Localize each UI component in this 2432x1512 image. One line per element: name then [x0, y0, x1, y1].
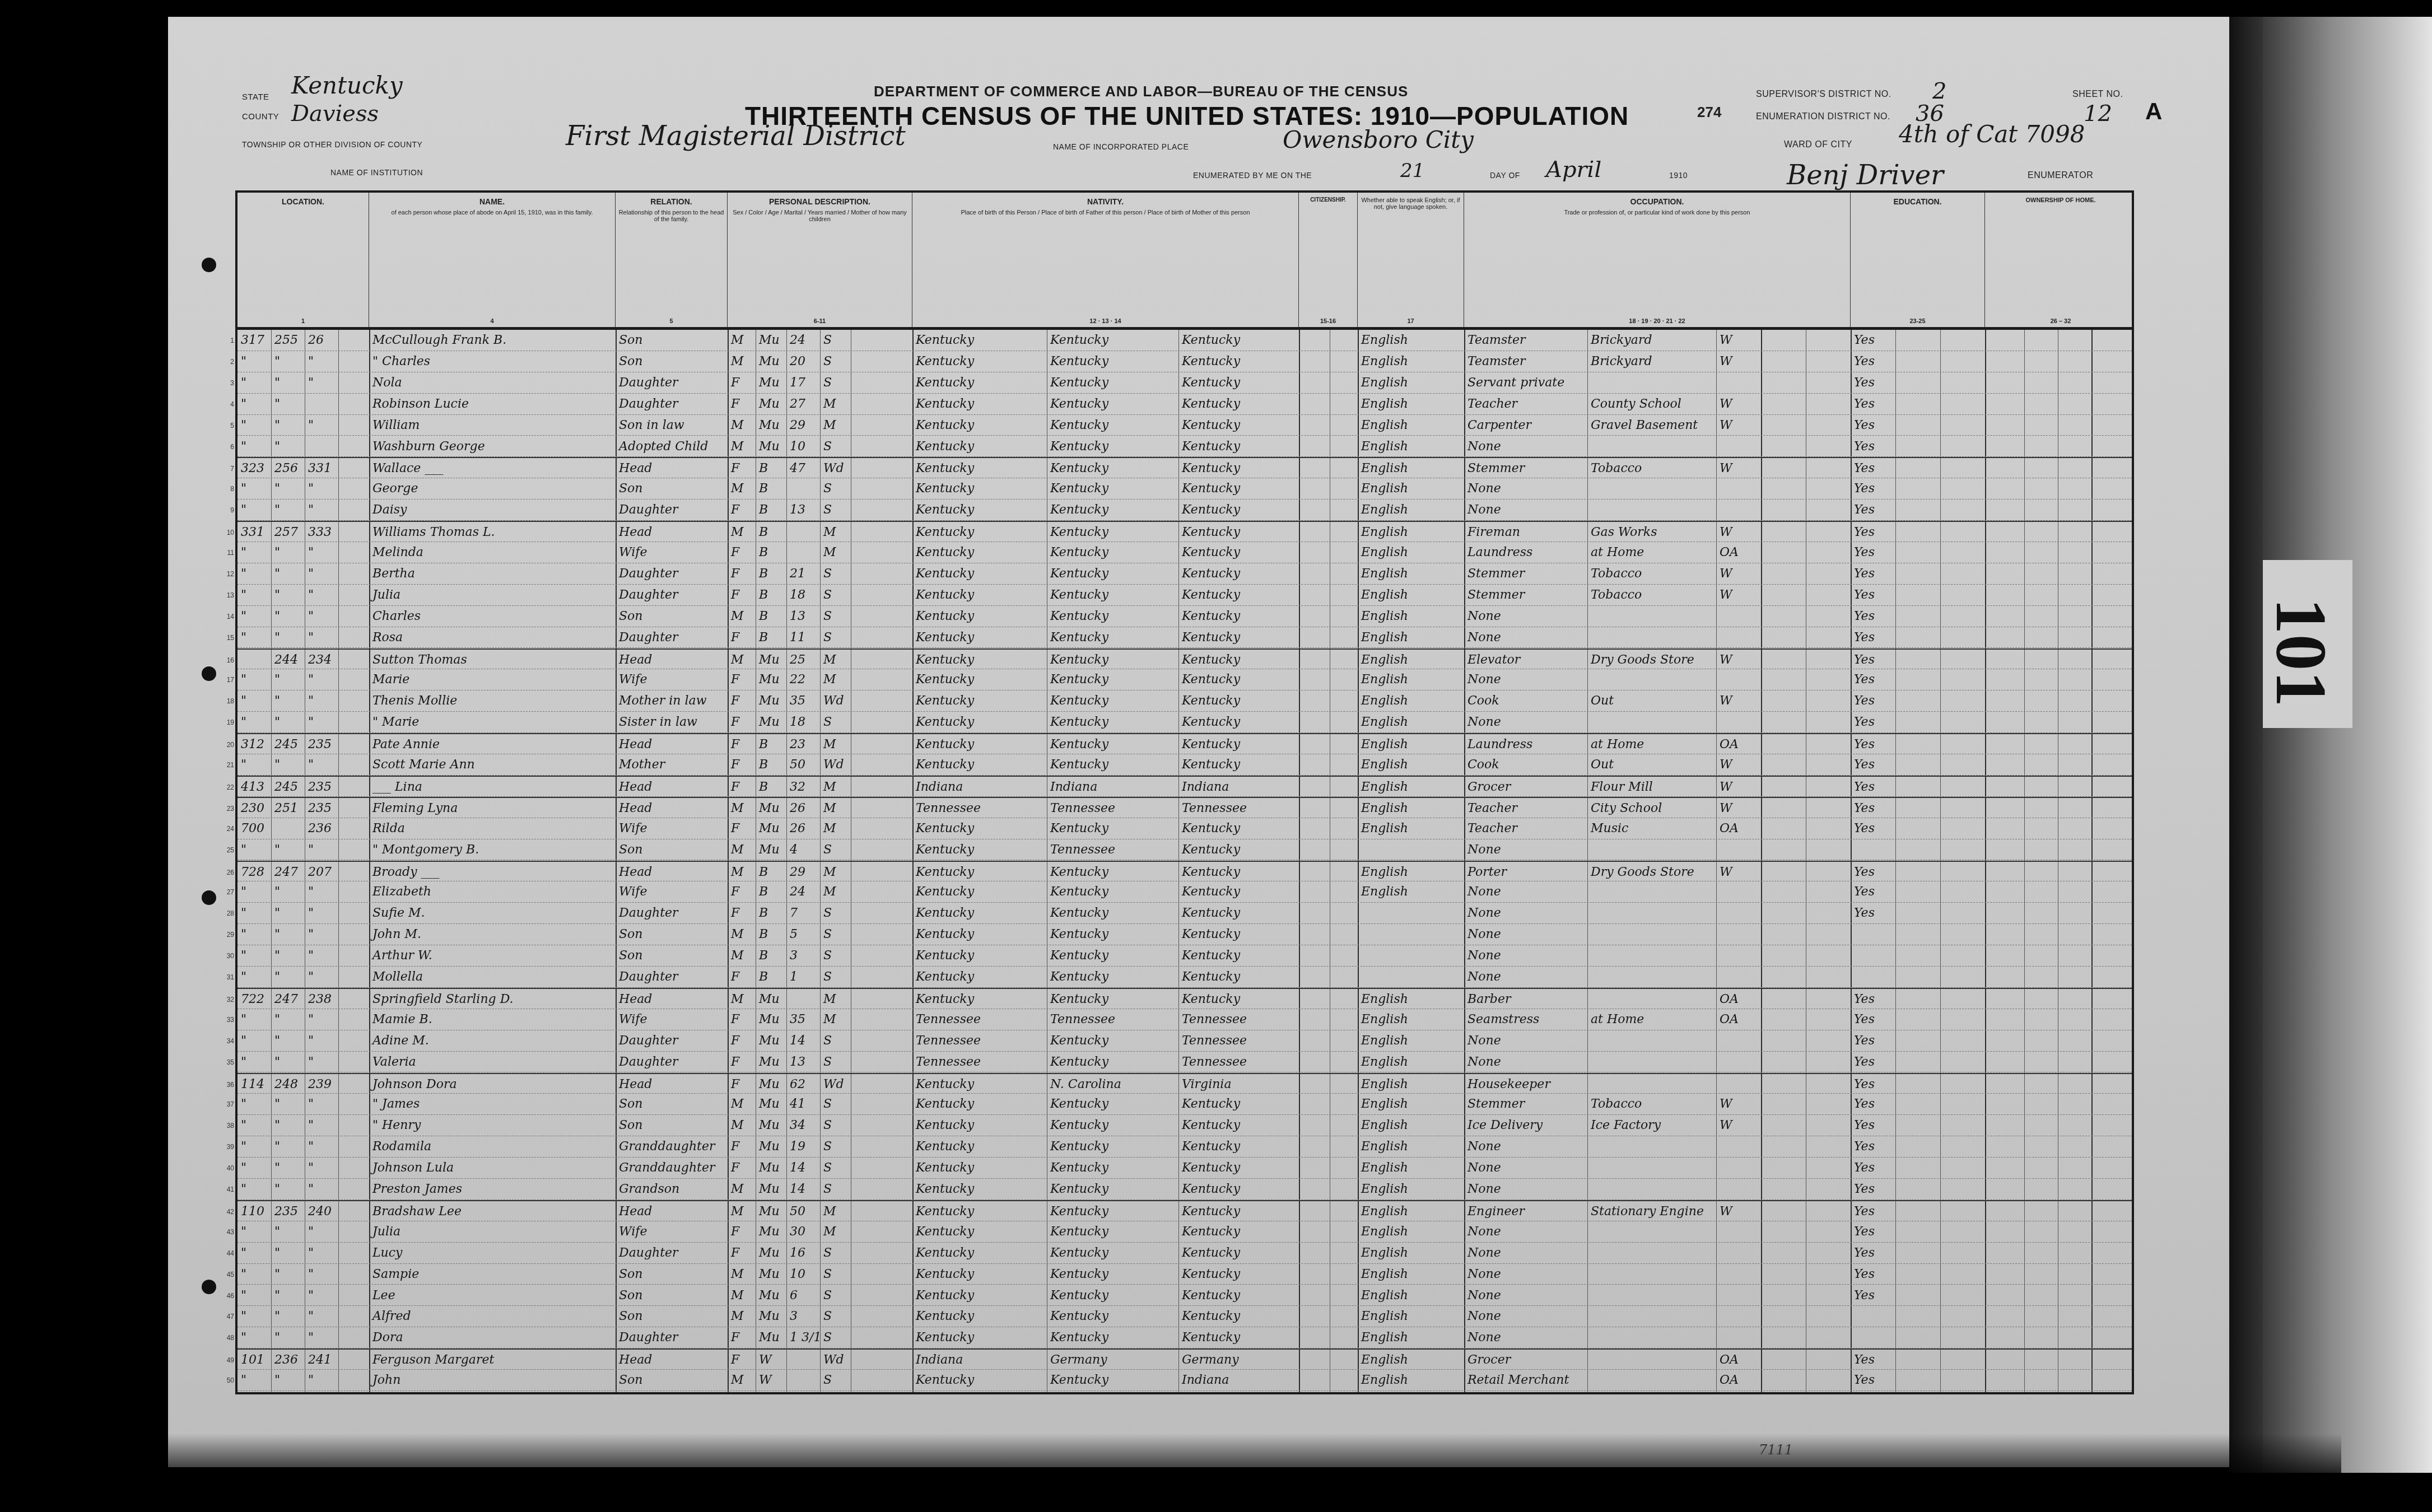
cell-sex: M [728, 436, 756, 457]
cell-dwelling: " [271, 436, 305, 457]
cell-read: Yes [1851, 1115, 1895, 1136]
table-row: 6""Washburn GeorgeAdopted ChildMMu10SKen… [237, 436, 2132, 458]
cell-read: Yes [1851, 436, 1895, 457]
cell-dwelling: " [271, 372, 305, 393]
cell-house: 331 [237, 522, 271, 542]
cell-father: Indiana [1047, 777, 1178, 796]
cell-mother: Kentucky [1178, 522, 1299, 542]
cell-father: Kentucky [1047, 650, 1178, 669]
cell-trade: Stemmer [1464, 1094, 1587, 1114]
cell-english: English [1358, 690, 1464, 711]
line-number: 26 [215, 862, 234, 883]
cell-trade: None [1464, 1327, 1587, 1348]
cell-age: 25 [786, 650, 820, 669]
cell-name: Johnson Lula [369, 1158, 616, 1178]
census-rows: 131725526McCullough Frank B.SonMMu24SKen… [237, 330, 2132, 1392]
cell-trade: Teacher [1464, 818, 1587, 839]
cell-father: Kentucky [1047, 394, 1178, 414]
cell-mother: Kentucky [1178, 585, 1299, 605]
table-row: 41"""Preston JamesGrandsonMMu14SKentucky… [237, 1179, 2132, 1200]
table-row: 17"""MarieWifeFMu22MKentuckyKentuckyKent… [237, 669, 2132, 690]
cell-dwelling: " [271, 1243, 305, 1263]
cell-trade: Cook [1464, 754, 1587, 775]
day-of-label: DAY OF [1490, 171, 1520, 180]
table-row: 3"""NolaDaughterFMu17SKentuckyKentuckyKe… [237, 372, 2132, 394]
ward-value: 4th of Cat 7098 [1899, 120, 2085, 148]
cell-father: Kentucky [1047, 458, 1178, 478]
cell-industry: Gravel Basement [1587, 415, 1716, 436]
cell-read: Yes [1851, 777, 1895, 796]
line-number: 12 [215, 563, 234, 585]
cell-sex: F [728, 1009, 756, 1030]
cell-dwelling: " [271, 1030, 305, 1051]
cell-trade: None [1464, 669, 1587, 690]
table-row: 47"""AlfredSonMMu3SKentuckyKentuckyKentu… [237, 1306, 2132, 1327]
line-number: 24 [215, 818, 234, 839]
cell-mother: Indiana [1178, 1370, 1299, 1390]
cell-mother: Kentucky [1178, 1158, 1299, 1178]
cell-sex: M [728, 839, 756, 860]
cell-birth: Kentucky [912, 563, 1047, 584]
cell-mother: Kentucky [1178, 1221, 1299, 1242]
cell-marital: M [820, 522, 851, 542]
cell-birth: Kentucky [912, 606, 1047, 627]
cell-read: Yes [1851, 1030, 1895, 1051]
line-number: 36 [215, 1074, 234, 1095]
cell-read: Yes [1851, 1285, 1895, 1306]
cell-mother: Kentucky [1178, 1285, 1299, 1306]
scan-edge [2229, 17, 2263, 1473]
cell-industry [1587, 1052, 1716, 1072]
cell-age: 29 [786, 415, 820, 436]
table-row: 2"""" CharlesSonMMu20SKentuckyKentuckyKe… [237, 351, 2132, 372]
table-row: 33"""Mamie B.WifeFMu35MTennesseeTennesse… [237, 1009, 2132, 1030]
cell-emp: W [1716, 330, 1761, 351]
cell-relation: Son [616, 351, 728, 372]
cell-marital: S [820, 903, 851, 923]
cell-english [1358, 945, 1464, 966]
cell-father: Kentucky [1047, 1030, 1178, 1051]
cell-age: 23 [786, 734, 820, 754]
cell-trade: Stemmer [1464, 458, 1587, 478]
cell-industry: Gas Works [1587, 522, 1716, 542]
cell-birth: Kentucky [912, 436, 1047, 457]
cell-father: Kentucky [1047, 881, 1178, 902]
cell-father: Kentucky [1047, 1243, 1178, 1263]
cell-color: B [756, 542, 786, 563]
cell-sex: M [728, 650, 756, 669]
cell-family: 239 [305, 1074, 338, 1094]
cell-family: " [305, 690, 338, 711]
table-row: 48"""DoraDaughterFMu1 3/12SKentuckyKentu… [237, 1327, 2132, 1348]
cell-color: Mu [756, 1030, 786, 1051]
cell-age: 6 [786, 1285, 820, 1306]
col-personal: PERSONAL DESCRIPTION.Sex / Color / Age /… [728, 193, 912, 327]
cell-name: Melinda [369, 542, 616, 563]
cell-read: Yes [1851, 1221, 1895, 1242]
cell-relation: Daughter [616, 1243, 728, 1263]
line-number: 49 [215, 1350, 234, 1371]
cell-english: English [1358, 394, 1464, 414]
cell-age [786, 1370, 820, 1390]
cell-age [786, 478, 820, 499]
cell-sex: F [728, 1074, 756, 1094]
cell-age: 26 [786, 798, 820, 818]
line-number: 50 [215, 1370, 234, 1391]
cell-english: English [1358, 415, 1464, 436]
cell-marital: M [820, 542, 851, 563]
cell-trade: Carpenter [1464, 415, 1587, 436]
supervisor-district-label: SUPERVISOR'S DISTRICT NO. [1756, 90, 1891, 100]
line-number: 41 [215, 1179, 234, 1200]
cell-dwelling: 251 [271, 798, 305, 818]
cell-mother: Kentucky [1178, 862, 1299, 881]
cell-birth: Kentucky [912, 458, 1047, 478]
cell-house: " [237, 436, 271, 457]
col-occupation: OCCUPATION.Trade or profession of, or pa… [1464, 193, 1851, 327]
cell-age [786, 989, 820, 1009]
cell-industry [1587, 1074, 1716, 1094]
table-row: 131725526McCullough Frank B.SonMMu24SKen… [237, 330, 2132, 351]
cell-marital: M [820, 394, 851, 414]
binding-hole [202, 258, 216, 272]
cell-color: Mu [756, 1052, 786, 1072]
cell-name: Julia [369, 585, 616, 605]
line-number: 22 [215, 777, 234, 798]
line-number: 37 [215, 1094, 234, 1115]
cell-father: Kentucky [1047, 967, 1178, 987]
cell-english: English [1358, 563, 1464, 584]
cell-trade: None [1464, 839, 1587, 860]
cell-family: 235 [305, 777, 338, 796]
cell-father: Tennessee [1047, 1009, 1178, 1030]
cell-dwelling: " [271, 1158, 305, 1178]
cell-marital: M [820, 798, 851, 818]
cell-birth: Kentucky [912, 1094, 1047, 1114]
cell-birth: Kentucky [912, 1201, 1047, 1221]
cell-marital: S [820, 1243, 851, 1263]
cell-english: English [1358, 712, 1464, 732]
cell-emp: W [1716, 522, 1761, 542]
cell-read: Yes [1851, 351, 1895, 372]
cell-age: 24 [786, 330, 820, 351]
cell-relation: Wife [616, 1221, 728, 1242]
cell-emp [1716, 967, 1761, 987]
cell-dwelling: " [271, 1306, 305, 1327]
cell-industry: City School [1587, 798, 1716, 818]
cell-read: Yes [1851, 1074, 1895, 1094]
cell-english: English [1358, 777, 1464, 796]
cell-marital: S [820, 1306, 851, 1327]
cell-relation: Wife [616, 881, 728, 902]
cell-sex: F [728, 967, 756, 987]
cell-color: Mu [756, 1221, 786, 1242]
cell-name: Thenis Mollie [369, 690, 616, 711]
cell-sex: M [728, 1370, 756, 1390]
cell-sex: F [728, 627, 756, 648]
cell-dwelling: " [271, 500, 305, 520]
cell-dwelling: " [271, 903, 305, 923]
cell-english: English [1358, 669, 1464, 690]
cell-english: English [1358, 1350, 1464, 1369]
cell-relation: Son [616, 1115, 728, 1136]
cell-father: Kentucky [1047, 372, 1178, 393]
cell-name: John [369, 1370, 616, 1390]
incorporated-place-value: Owensboro City [1283, 126, 1474, 153]
cell-dwelling: " [271, 1264, 305, 1285]
table-row: 25"""" Montgomery B.SonMMu4SKentuckyTenn… [237, 839, 2132, 861]
cell-mother: Kentucky [1178, 330, 1299, 351]
cell-read: Yes [1851, 606, 1895, 627]
cell-trade: Retail Merchant [1464, 1370, 1587, 1390]
cell-marital: S [820, 330, 851, 351]
line-number: 2 [215, 351, 234, 372]
cell-trade: None [1464, 1179, 1587, 1200]
cell-birth: Kentucky [912, 669, 1047, 690]
cell-marital: S [820, 1264, 851, 1285]
line-number: 25 [215, 839, 234, 861]
cell-house: " [237, 1285, 271, 1306]
cell-name: Bradshaw Lee [369, 1201, 616, 1221]
cell-emp [1716, 903, 1761, 923]
table-row: 20312245235Pate AnnieHeadFB23MKentuckyKe… [237, 733, 2132, 754]
cell-family: " [305, 563, 338, 584]
cell-english: English [1358, 1306, 1464, 1327]
cell-read [1851, 924, 1895, 945]
cell-industry: Flour Mill [1587, 777, 1716, 796]
cell-relation: Son [616, 924, 728, 945]
cell-birth: Tennessee [912, 1009, 1047, 1030]
cell-trade: None [1464, 1136, 1587, 1157]
cell-family: " [305, 606, 338, 627]
enumerator-name: Benj Driver [1787, 160, 1944, 191]
cell-family: " [305, 1179, 338, 1200]
cell-read: Yes [1851, 1243, 1895, 1263]
cell-birth: Kentucky [912, 1285, 1047, 1306]
cell-dwelling: 256 [271, 458, 305, 478]
cell-house: " [237, 1264, 271, 1285]
cell-trade: Fireman [1464, 522, 1587, 542]
cell-trade: Laundress [1464, 542, 1587, 563]
cell-name: Dora [369, 1327, 616, 1348]
cell-family: " [305, 1030, 338, 1051]
cell-father: Kentucky [1047, 818, 1178, 839]
cell-emp: OA [1716, 989, 1761, 1009]
cell-father: Kentucky [1047, 415, 1178, 436]
cell-read: Yes [1851, 690, 1895, 711]
line-number: 16 [215, 650, 234, 671]
cell-marital: M [820, 1201, 851, 1221]
cell-trade: Elevator [1464, 650, 1587, 669]
cell-father: Kentucky [1047, 585, 1178, 605]
cell-father: Kentucky [1047, 1094, 1178, 1114]
table-row: 21"""Scott Marie AnnMotherFB50WdKentucky… [237, 754, 2132, 776]
cell-family: 26 [305, 330, 338, 351]
cell-emp: W [1716, 1094, 1761, 1114]
cell-read [1851, 1327, 1895, 1348]
cell-color: Mu [756, 394, 786, 414]
cell-family: " [305, 542, 338, 563]
cell-age: 21 [786, 563, 820, 584]
table-row: 27"""ElizabethWifeFB24MKentuckyKentuckyK… [237, 881, 2132, 903]
cell-marital: S [820, 1370, 851, 1390]
cell-age: 7 [786, 903, 820, 923]
cell-dwelling: " [271, 945, 305, 966]
table-row: 9"""DaisyDaughterFB13SKentuckyKentuckyKe… [237, 500, 2132, 521]
cell-read: Yes [1851, 989, 1895, 1009]
cell-emp [1716, 1136, 1761, 1157]
line-number: 11 [215, 542, 234, 563]
cell-sex: M [728, 415, 756, 436]
line-number: 6 [215, 436, 234, 458]
cell-house: " [237, 1030, 271, 1051]
cell-color: B [756, 754, 786, 775]
cell-dwelling: 236 [271, 1350, 305, 1369]
cell-sex: M [728, 1115, 756, 1136]
cell-house: " [237, 945, 271, 966]
cell-emp [1716, 712, 1761, 732]
cell-mother: Kentucky [1178, 415, 1299, 436]
cell-name: Adine M. [369, 1030, 616, 1051]
cell-mother: Kentucky [1178, 839, 1299, 860]
cell-age [786, 1350, 820, 1369]
cell-sex: M [728, 330, 756, 351]
cell-birth: Kentucky [912, 1158, 1047, 1178]
cell-color: Mu [756, 650, 786, 669]
cell-dwelling: " [271, 839, 305, 860]
line-number: 13 [215, 585, 234, 606]
cell-name: " Charles [369, 351, 616, 372]
cell-father: Kentucky [1047, 478, 1178, 499]
cell-relation: Wife [616, 669, 728, 690]
cell-english: English [1358, 351, 1464, 372]
cell-age: 11 [786, 627, 820, 648]
line-number: 23 [215, 798, 234, 819]
cell-name: Alfred [369, 1306, 616, 1327]
cell-father: Kentucky [1047, 563, 1178, 584]
cell-dwelling: " [271, 415, 305, 436]
cell-emp [1716, 1030, 1761, 1051]
cell-dwelling: " [271, 669, 305, 690]
cell-english: English [1358, 881, 1464, 902]
cell-marital: Wd [820, 754, 851, 775]
cell-mother: Kentucky [1178, 436, 1299, 457]
col-name: NAME.of each person whose place of abode… [369, 193, 616, 327]
cell-house: " [237, 754, 271, 775]
cell-english: English [1358, 1009, 1464, 1030]
cell-family: 240 [305, 1201, 338, 1221]
cell-read [1851, 967, 1895, 987]
cell-english: English [1358, 522, 1464, 542]
cell-color: B [756, 522, 786, 542]
cell-father: Kentucky [1047, 669, 1178, 690]
cell-house: " [237, 1009, 271, 1030]
cell-relation: Son in law [616, 415, 728, 436]
line-number: 14 [215, 606, 234, 627]
table-row: 39"""RodamilaGranddaughterFMu19SKentucky… [237, 1136, 2132, 1158]
col-relation: RELATION.Relationship of this person to … [616, 193, 728, 327]
ward-label: WARD OF CITY [1784, 140, 1852, 150]
cell-name: Daisy [369, 500, 616, 520]
cell-relation: Head [616, 458, 728, 478]
cell-color: Mu [756, 1009, 786, 1030]
cell-read: Yes [1851, 650, 1895, 669]
table-row: 37"""" JamesSonMMu41SKentuckyKentuckyKen… [237, 1094, 2132, 1115]
cell-dwelling: " [271, 394, 305, 414]
cell-emp [1716, 627, 1761, 648]
cell-family: " [305, 924, 338, 945]
table-row: 45"""SampieSonMMu10SKentuckyKentuckyKent… [237, 1264, 2132, 1285]
cell-sex: M [728, 1094, 756, 1114]
cell-sex: F [728, 458, 756, 478]
cell-read: Yes [1851, 862, 1895, 881]
cell-age: 50 [786, 1201, 820, 1221]
table-row: 36114248239Johnson DoraHeadFMu62WdKentuc… [237, 1073, 2132, 1094]
cell-industry [1587, 839, 1716, 860]
cell-trade: None [1464, 967, 1587, 987]
cell-house: 413 [237, 777, 271, 796]
department-heading: DEPARTMENT OF COMMERCE AND LABOR—BUREAU … [874, 83, 1408, 100]
cell-sex: F [728, 372, 756, 393]
cell-industry [1587, 967, 1716, 987]
cell-read: Yes [1851, 1264, 1895, 1285]
cell-family: 238 [305, 989, 338, 1009]
line-number: 31 [215, 967, 234, 988]
cell-family: " [305, 754, 338, 775]
cell-english: English [1358, 1264, 1464, 1285]
cell-name: George [369, 478, 616, 499]
cell-emp: W [1716, 351, 1761, 372]
cell-marital: S [820, 1327, 851, 1348]
line-number: 40 [215, 1158, 234, 1179]
enumerated-month: April [1546, 157, 1601, 183]
cell-color: Mu [756, 690, 786, 711]
cell-english: English [1358, 1327, 1464, 1348]
cell-dwelling: " [271, 690, 305, 711]
cell-birth: Kentucky [912, 881, 1047, 902]
cell-father: Kentucky [1047, 1201, 1178, 1221]
cell-mother: Kentucky [1178, 881, 1299, 902]
cell-color: W [756, 1350, 786, 1369]
cell-marital: M [820, 1009, 851, 1030]
cell-color: Mu [756, 1243, 786, 1263]
cell-marital: S [820, 563, 851, 584]
cell-dwelling: " [271, 1052, 305, 1072]
cell-age: 22 [786, 669, 820, 690]
cell-trade: Teacher [1464, 394, 1587, 414]
cell-birth: Kentucky [912, 818, 1047, 839]
cell-mother: Kentucky [1178, 1306, 1299, 1327]
cell-dwelling: " [271, 1136, 305, 1157]
cell-name: " Henry [369, 1115, 616, 1136]
cell-family: " [305, 669, 338, 690]
cell-trade: Porter [1464, 862, 1587, 881]
cell-house: " [237, 563, 271, 584]
cell-mother: Kentucky [1178, 542, 1299, 563]
cell-trade: Engineer [1464, 1201, 1587, 1221]
table-row: 19"""" MarieSister in lawFMu18SKentuckyK… [237, 712, 2132, 733]
cell-emp: W [1716, 563, 1761, 584]
cell-father: Kentucky [1047, 1370, 1178, 1390]
cell-sex: F [728, 1243, 756, 1263]
cell-color: B [756, 881, 786, 902]
cell-color: Mu [756, 798, 786, 818]
cell-industry [1587, 903, 1716, 923]
cell-family: " [305, 627, 338, 648]
cell-marital: S [820, 436, 851, 457]
cell-mother: Kentucky [1178, 458, 1299, 478]
cell-house: " [237, 1327, 271, 1348]
